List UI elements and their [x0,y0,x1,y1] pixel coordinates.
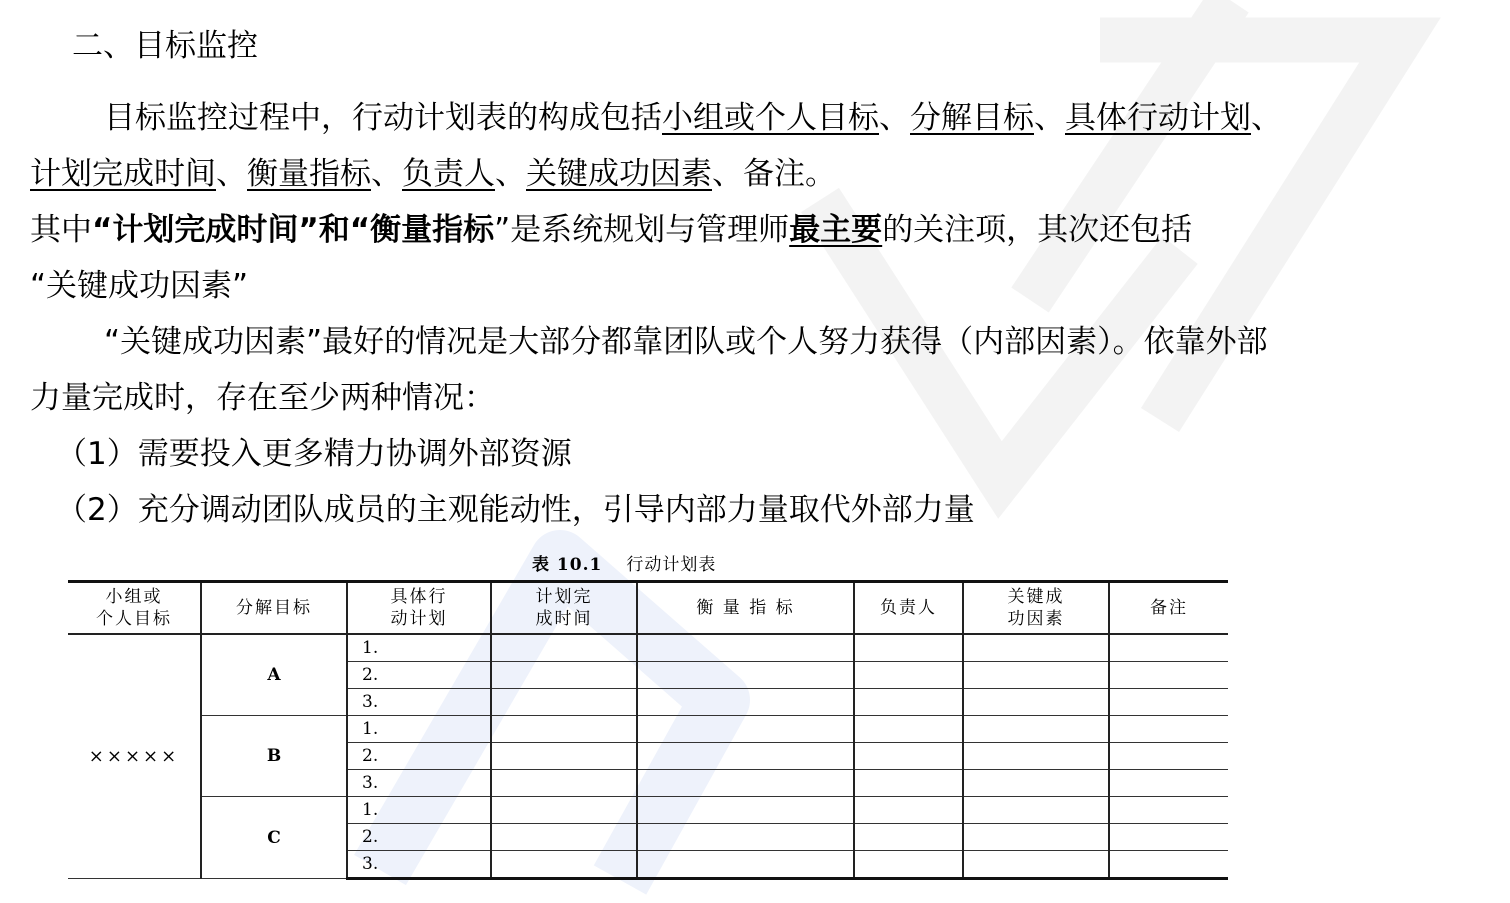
quote-close: ” [494,212,510,248]
paragraph-2-middle: 是系统规划与管理师 [510,212,789,248]
term-sub-goal: 分解目标 [910,100,1034,136]
step-cell: 2. [347,662,491,689]
emph-and: 和 [319,212,350,248]
step-cell: 2. [347,743,491,770]
table-row: ××××× A 1. [68,634,1228,662]
term-action-plan: 具体行动计划 [1065,100,1251,136]
action-plan-table: 小组或个人目标 分解目标 具体行动计划 计划完成时间 衡 量 指 标 负责人 关… [68,580,1228,880]
term-metrics: 衡量指标 [247,156,371,192]
term-group-goal: 小组或个人目标 [662,100,879,136]
sub-goal-c: C [201,797,347,879]
sub-goal-b: B [201,716,347,797]
sub-goal-a: A [201,634,347,716]
emph-metrics: “衡量指标 [350,212,494,248]
header-owner: 负责人 [854,582,963,635]
paragraph-3-line-2: 力量完成时，存在至少两种情况： [30,378,495,418]
header-metrics: 衡 量 指 标 [637,582,854,635]
header-action-plan: 具体行动计划 [347,582,491,635]
separator: 、 [1251,100,1282,136]
paragraph-1-line-2: 计划完成时间、衡量指标、负责人、关键成功因素、备注。 [30,154,836,194]
header-completion-time: 计划完成时间 [491,582,637,635]
separator: 、 [371,156,402,192]
point-1: （1）需要投入更多精力协调外部资源 [56,434,572,474]
step-cell: 3. [347,770,491,797]
point-2: （2）充分调动团队成员的主观能动性，引导内部力量取代外部力量 [56,490,975,530]
table-caption-title: 行动计划表 [626,555,716,575]
emph-completion-time: “计划完成时间” [92,212,319,248]
paragraph-3-line-1: “关键成功因素”最好的情况是大部分都靠团队或个人努力获得（内部因素）。依靠外部 [104,322,1268,362]
step-cell: 1. [347,797,491,824]
goal-cell: ××××× [68,634,201,879]
step-cell: 1. [347,634,491,662]
term-owner: 负责人 [402,156,495,192]
paragraph-1-line-1: 目标监控过程中，行动计划表的构成包括小组或个人目标、分解目标、具体行动计划、 [104,98,1282,138]
table-row: C 1. [68,797,1228,824]
section-title: 二、目标监控 [72,26,258,66]
paragraph-1-tail: 、备注。 [712,156,836,192]
separator: 、 [879,100,910,136]
header-sub-goal: 分解目标 [201,582,347,635]
paragraph-1-intro: 目标监控过程中，行动计划表的构成包括 [104,100,662,136]
step-cell: 1. [347,716,491,743]
emph-most-important: 最主要 [789,212,882,248]
table-row: B 1. [68,716,1228,743]
table-header-row: 小组或个人目标 分解目标 具体行动计划 计划完成时间 衡 量 指 标 负责人 关… [68,582,1228,635]
step-cell: 2. [347,824,491,851]
paragraph-2-line-1: 其中“计划完成时间”和“衡量指标”是系统规划与管理师最主要的关注项，其次还包括 [30,210,1192,250]
paragraph-2-suffix: 的关注项，其次还包括 [882,212,1192,248]
separator: 、 [216,156,247,192]
step-cell: 3. [347,851,491,879]
header-key-success-factors: 关键成功因素 [963,582,1109,635]
term-completion-time: 计划完成时间 [30,156,216,192]
term-key-success-factors: 关键成功因素 [526,156,712,192]
separator: 、 [1034,100,1065,136]
paragraph-2-line-2: “关键成功因素” [30,266,248,306]
separator: 、 [495,156,526,192]
paragraph-2-prefix: 其中 [30,212,92,248]
header-notes: 备注 [1109,582,1228,635]
table-caption: 表 10.1行动计划表 [532,550,716,575]
step-cell: 3. [347,689,491,716]
table-caption-number: 表 10.1 [532,555,602,575]
header-group-goal: 小组或个人目标 [68,582,201,635]
